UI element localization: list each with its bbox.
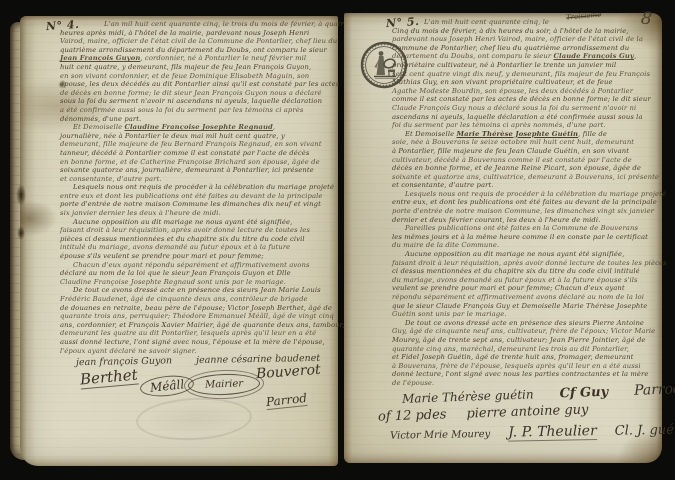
signature: J. P. Theulier [508,423,597,442]
manuscript-line: Aucune opposition au dit mariage ne nous… [392,250,658,259]
manuscript-line: Mathias Guy, en son vivant propriétaire … [392,78,658,87]
manuscript-line: propriétaire cultivateur, né à Pontarlie… [392,61,658,70]
manuscript-line: sept cent quatre vingt dix neuf, y demeu… [392,70,658,79]
signature: Parrod [634,381,675,399]
manuscript-line: entre eux et dont les publications ont é… [60,192,336,201]
manuscript-text-left: L'an mil huit cent quarante cinq, le tro… [60,20,336,355]
manuscript-line: épouse s'ils veulent se prendre pour mar… [60,252,336,261]
manuscript-page-left: N° 4. L'an mil huit cent quarante cinq, … [20,16,338,466]
manuscript-line: Lesquels nous ont requis de procéder à l… [60,183,336,192]
manuscript-line: donné lecture, l'ont signé avec nous les… [392,370,658,379]
edge-wear-mark [17,226,25,240]
manuscript-line: entre eux, et dont les publications ont … [392,198,658,207]
manuscript-line: déclaré au nom de la loi que le sieur Je… [60,269,336,278]
manuscript-line: sous la foi du serment n'avoir ni ascend… [60,97,336,106]
manuscript-line: Lesquels nous ont requis de procéder à l… [392,190,658,199]
manuscript-line: cultivateur, décédé à Bouverans comme il… [392,156,658,165]
manuscript-line: Et Demoiselle Marie Thérèse Josephte Gué… [392,130,658,139]
manuscript-text-right: L'an mil huit cent quarante cinq, leCinq… [392,18,658,388]
manuscript-line: L'an mil huit cent quarante cinq, le [392,18,658,27]
edge-wear-mark [16,184,26,206]
manuscript-line: à Bouverans, frère de l'épouse, lesquels… [392,362,658,371]
manuscript-line: Pareilles publications ont été faites en… [392,224,658,233]
manuscript-line: Vairod, maire, officier de l'état civil … [60,37,336,46]
manuscript-line: De tout ce avons dressé acte en présence… [60,286,336,295]
manuscript-line: ascendans ni ayeuls, laquelle déclaratio… [392,113,658,122]
manuscript-line: comme il est constaté par les actes de d… [392,95,658,104]
manuscript-line: soixante quatorze ans, journalière, deme… [60,166,336,175]
manuscript-line: Jean François Guyon, cordonnier, né à Po… [60,54,336,63]
manuscript-line: décès en bonne forme, et de Jeanne Reine… [392,164,658,173]
manuscript-line: six janvier dernier les deux à l'heure d… [60,209,336,218]
signature-bouverot: Bouverot [256,362,322,382]
manuscript-line: Cinq du mois de février, à dix heures du… [392,27,658,36]
manuscript-line: pardevant nous Joseph Henri Vairod, mair… [392,35,658,44]
signature-berthet: Berthet [79,366,138,390]
manuscript-line: foi du serment par les témoins ci après … [392,121,658,130]
manuscript-line: Frédéric Baudenet, âgé de cinquante deux… [60,295,336,304]
manuscript-line: tanneur, décédé à Pontarlier comme il es… [60,149,336,158]
manuscript-line: quarante cinq ans, maréchal, demeurant l… [392,345,658,354]
manuscript-line: Et Demoiselle Claudine Françoise Josepht… [60,123,336,132]
register-book-spread: N° 4. L'an mil huit cent quarante cinq, … [0,0,675,480]
manuscript-line: Commune de Pontarlier, chef lieu du quat… [392,44,658,53]
manuscript-line: soixante et quatorze ans, cultivatrice, … [392,173,658,182]
manuscript-line: huit cent quatre, y demeurant, fils maje… [60,63,336,72]
manuscript-line: que le sieur Claude François Guy et Demo… [392,302,658,311]
manuscript-line: à Pontarlier, fille majeure de feu Jean … [392,147,658,156]
manuscript-line: et consentante, d'autre part. [392,181,658,190]
manuscript-line: épouse, les deux décédés au dit Pontarli… [60,80,336,89]
manuscript-line: intitulé du mariage, avons demandé au fu… [60,243,336,252]
manuscript-line: Claude François Guy nous a déclaré sous … [392,104,658,113]
manuscript-line: journalière, née à Pontarlier le deux ma… [60,132,336,141]
manuscript-page-right: 8 Troisième N° 5. L'an mil huit cent qua… [344,13,662,463]
manuscript-line: ans, cordonnier, et François Xavier Mair… [60,321,336,330]
manuscript-line: De tout ce avons dressé acte en présence… [392,319,658,328]
manuscript-line: soie, née à Bouverans le seize octobre m… [392,138,658,147]
manuscript-line: Guétin sont unis par le mariage. [392,310,658,319]
manuscript-line: porte d'entrée de notre maison Commune, … [392,207,658,216]
manuscript-line: quarante trois ans, perruquier; Théodore… [60,312,336,321]
manuscript-line: Mourey, âgé de trente sept ans, cultivat… [392,336,658,345]
manuscript-line: Claudine Françoise Josephte Regnaud sont… [60,278,336,287]
signature-parrod: Parrod [265,391,307,410]
manuscript-line: en son vivant cordonnier, et de feue Dom… [60,72,336,81]
manuscript-line: pièces ci dessus mentionnées et du chapi… [60,235,336,244]
manuscript-line: du mariage, avons demandé au futur époux… [392,276,658,285]
signature: Victor Mrie Mourey [390,429,490,442]
manuscript-line: de décès en bonne forme; le dit sieur Je… [60,89,336,98]
manuscript-line: répondu séparément et affirmativement av… [392,293,658,302]
manuscript-line: faisant droit à leur réquisition, après … [60,226,336,235]
signature-mairier: Mairier [188,373,261,397]
signature-meall: Méâll [139,373,195,399]
manuscript-line: Aucune opposition au dit mariage ne nous… [60,218,336,227]
manuscript-line: quatrième arrondissement du département … [60,46,336,55]
manuscript-line: et consentante, d'autre part. [60,175,336,184]
manuscript-line: porte d'entrée de notre maison Commune l… [60,200,336,209]
manuscript-line: les mêmes jours et à la même heure comme… [392,233,658,242]
signature: Marie Thérèse guétin [402,387,534,406]
manuscript-line: Chacun d'eux ayant répondu séparément et… [60,261,336,270]
manuscript-line: Agathe Modeste Bourdin, son épouse, les … [392,87,658,96]
signature: of 12 pdes [378,407,447,424]
manuscript-line: ci dessus mentionnées et du chapitre six… [392,267,658,276]
manuscript-line: demeurant, fille majeure de feu Bernard … [60,140,336,149]
signature-row: Victor Mrie MoureyJ. P. TheulierCl. J. g… [390,421,675,443]
signature: pierre antoine guy [466,402,588,421]
signature: Cf Guy [559,385,608,402]
manuscript-line: dénommés, d'une part. [60,115,336,124]
manuscript-line: demeurant les quatre au dit Pontarlier, … [60,329,336,338]
manuscript-line: L'an mil huit cent quarante cinq, le tro… [60,20,336,29]
manuscript-line: département du Doubs, ont comparu le sie… [392,52,658,61]
signature: Cl. J. guétin [615,422,675,438]
manuscript-line: du maire de la dite Commune. [392,241,658,250]
manuscript-line: Guy, âgé de cinquante neuf ans, cultivat… [392,327,658,336]
manuscript-line: de douanes en retraite, beau père de l'é… [60,304,336,313]
manuscript-line: veulent se prendre pour mari et pour fem… [392,284,658,293]
manuscript-line: dernier et deux février courant, les deu… [392,216,658,225]
manuscript-line: aussi donné lecture, l'ont signé avec no… [60,338,336,347]
ghost-seal-impression [135,395,253,443]
manuscript-line: et Fidel Joseph Guétin, âgé de trente hu… [392,353,658,362]
manuscript-line: en bonne forme, et de Catherine François… [60,158,336,167]
manuscript-line: a été confirmée aussi sous la foi du ser… [60,106,336,115]
manuscript-line: faisant droit à leur réquisition, après … [392,259,658,268]
manuscript-line: heures après midi, à l'hôtel de la mairi… [60,29,336,38]
